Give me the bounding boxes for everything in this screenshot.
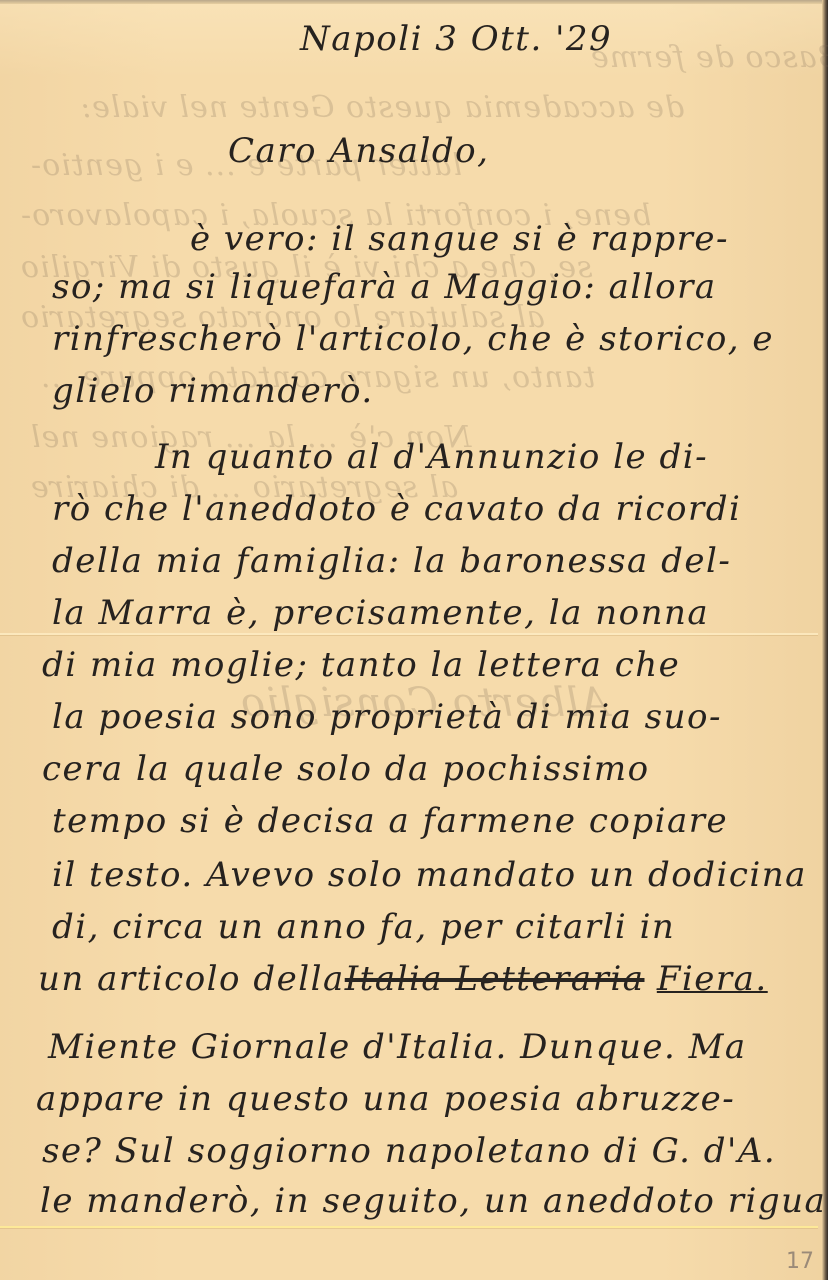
- letter-dateline: Napoli 3 Ott. '29: [300, 22, 612, 56]
- letter-line: In quanto al d'Annunzio le di-: [155, 440, 708, 474]
- letter-line: se? Sul soggiorno napoletano di G. d'A.: [42, 1134, 776, 1168]
- letter-line: appare in questo una poesia abruzze-: [36, 1082, 735, 1116]
- letter-line: il testo. Avevo solo mandato un dodicina: [52, 858, 807, 892]
- letter-line: di mia moglie; tanto la lettera che: [42, 648, 680, 682]
- letter-line: la Marra è, precisamente, la nonna: [52, 596, 709, 630]
- paper-fold-line: [0, 1226, 818, 1228]
- letter-line: cera la quale solo da pochissimo: [42, 752, 650, 786]
- letter-line: di, circa un anno fa, per citarli in: [52, 910, 675, 944]
- letter-line-text: un articolo della: [38, 959, 345, 999]
- letter-line: glielo rimanderò.: [52, 374, 374, 408]
- letter-line: la poesia sono proprietà di mia suo-: [52, 700, 722, 734]
- letter-line: un articolo dellaItalia Letteraria Fiera…: [38, 962, 768, 996]
- paper-fold-line: [0, 633, 818, 635]
- bleed-through-text: dante Basco de ferme: [590, 40, 828, 75]
- underlined-text: Fiera.: [657, 959, 768, 999]
- paper-top-edge: [0, 0, 828, 4]
- struck-out-text: Italia Letteraria: [345, 959, 645, 999]
- letter-page: dante Basco de ferme de accademia questo…: [0, 0, 828, 1280]
- letter-line: rinfrescherò l'articolo, che è storico, …: [52, 322, 774, 356]
- letter-line: rò che l'aneddoto è cavato da ricordi: [52, 492, 741, 526]
- letter-line: della mia famiglia: la baronessa del-: [52, 544, 731, 578]
- page-number: 17: [786, 1249, 814, 1274]
- letter-salutation: Caro Ansaldo,: [228, 134, 489, 168]
- letter-line: è vero: il sangue si è rappre-: [190, 222, 729, 256]
- bleed-through-text: de accademia questo Gente nel viale:: [80, 90, 684, 125]
- letter-line: tempo si è decisa a farmene copiare: [52, 804, 728, 838]
- letter-line: so; ma si liquefarà a Maggio: allora: [52, 270, 717, 304]
- paper-right-edge: [822, 0, 828, 1280]
- letter-line: Miente Giornale d'Italia. Dunque. Ma: [48, 1030, 747, 1064]
- letter-line: le manderò, in seguito, un aneddoto rigu…: [40, 1184, 828, 1218]
